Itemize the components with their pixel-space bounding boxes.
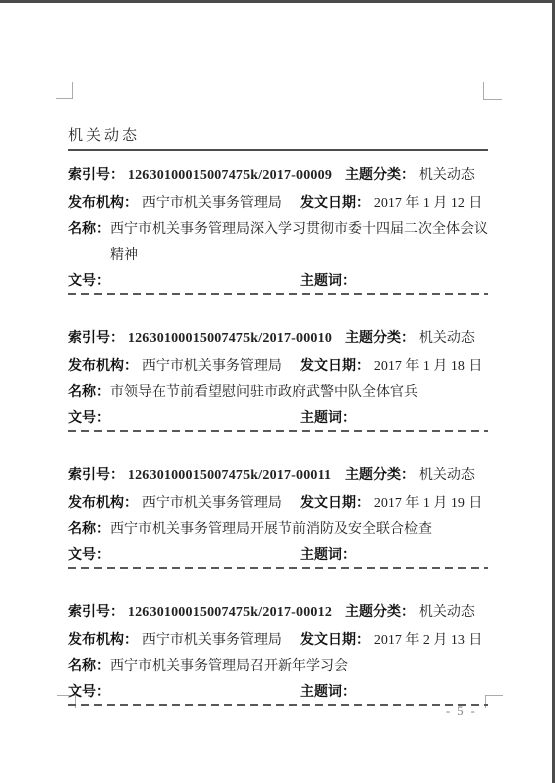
record-row-agency: 发布机构： 西宁市机关事务管理局 发文日期： 2017 年 1 月 18 日 [68,352,488,378]
date-group: 发文日期： 2017 年 1 月 19 日 [300,489,482,517]
record-item: 索引号： 12630100015007475k/2017-00012 主题分类：… [68,598,488,706]
name-label: 名称： [68,378,110,404]
record-row-docno: 文号： 主题词： [68,267,488,293]
crop-mark-top-right-horizontal [483,99,502,100]
agency-label: 发布机构： [68,494,138,510]
record-row-name: 名称： 西宁市机关事务管理局深入学习贯彻市委十四届二次全体会议精神 [68,215,488,267]
category-label: 主题分类： [345,603,415,619]
record-row-index: 索引号： 12630100015007475k/2017-00009 主题分类：… [68,161,488,189]
agency-label: 发布机构： [68,357,138,373]
date-value: 2017 年 1 月 19 日 [374,496,483,511]
name-value: 西宁市机关事务管理局深入学习贯彻市委十四届二次全体会议精神 [110,215,488,267]
crop-mark-top-right-vertical [483,82,484,99]
crop-mark-top-left-vertical [72,82,73,99]
doc-no-label: 文号： [68,409,110,425]
agency-label: 发布机构： [68,631,138,647]
index-label: 索引号： [68,603,124,619]
record-row-agency: 发布机构： 西宁市机关事务管理局 发文日期： 2017 年 1 月 12 日 [68,189,488,215]
date-label: 发文日期： [300,357,370,373]
crop-mark-top-left-horizontal [56,98,73,99]
name-value: 西宁市机关事务管理局召开新年学习会 [110,652,348,678]
keywords-group: 主题词： [300,678,356,704]
category-group: 主题分类： 机关动态 [345,324,475,350]
record-separator-dashed-line [68,567,488,569]
date-group: 发文日期： 2017 年 2 月 13 日 [300,626,482,654]
date-value: 2017 年 1 月 18 日 [374,359,483,374]
page-number: - 5 - [446,704,477,719]
keywords-group: 主题词： [300,267,356,293]
date-value: 2017 年 2 月 13 日 [374,633,483,648]
category-label: 主题分类： [345,166,415,182]
record-row-name: 名称： 西宁市机关事务管理局开展节前消防及安全联合检查 [68,515,488,541]
category-label: 主题分类： [345,329,415,345]
category-group: 主题分类： 机关动态 [345,461,475,487]
record-item: 索引号： 12630100015007475k/2017-00011 主题分类：… [68,461,488,569]
name-label: 名称： [68,215,110,241]
index-value: 12630100015007475k/2017-00010 [128,331,332,346]
doc-no-label: 文号： [68,546,110,562]
agency-value: 西宁市机关事务管理局 [142,194,282,210]
date-group: 发文日期： 2017 年 1 月 12 日 [300,189,482,217]
keywords-label: 主题词： [300,409,356,425]
record-separator-dashed-line [68,704,488,706]
record-row-name: 名称： 市领导在节前看望慰问驻市政府武警中队全体官兵 [68,378,488,404]
keywords-label: 主题词： [300,272,356,288]
record-row-index: 索引号： 12630100015007475k/2017-00011 主题分类：… [68,461,488,489]
category-group: 主题分类： 机关动态 [345,598,475,624]
category-value: 机关动态 [419,329,475,345]
category-value: 机关动态 [419,603,475,619]
document-page: 机关动态 索引号： 12630100015007475k/2017-00009 … [0,0,555,783]
index-value: 12630100015007475k/2017-00012 [128,605,332,620]
name-label: 名称： [68,652,110,678]
record-row-name: 名称： 西宁市机关事务管理局召开新年学习会 [68,652,488,678]
index-label: 索引号： [68,329,124,345]
record-separator-dashed-line [68,430,488,432]
index-value: 12630100015007475k/2017-00011 [128,468,331,483]
section-title: 机关动态 [68,126,488,151]
agency-value: 西宁市机关事务管理局 [142,357,282,373]
records-list: 索引号： 12630100015007475k/2017-00009 主题分类：… [68,161,488,706]
category-label: 主题分类： [345,466,415,482]
date-label: 发文日期： [300,494,370,510]
document-content: 机关动态 索引号： 12630100015007475k/2017-00009 … [68,126,488,735]
name-label: 名称： [68,515,110,541]
date-group: 发文日期： 2017 年 1 月 18 日 [300,352,482,380]
agency-value: 西宁市机关事务管理局 [142,631,282,647]
date-value: 2017 年 1 月 12 日 [374,196,483,211]
agency-value: 西宁市机关事务管理局 [142,494,282,510]
name-value: 西宁市机关事务管理局开展节前消防及安全联合检查 [110,515,432,541]
record-row-index: 索引号： 12630100015007475k/2017-00012 主题分类：… [68,598,488,626]
record-item: 索引号： 12630100015007475k/2017-00009 主题分类：… [68,161,488,295]
scan-top-edge [0,0,555,3]
record-item: 索引号： 12630100015007475k/2017-00010 主题分类：… [68,324,488,432]
keywords-label: 主题词： [300,683,356,699]
record-row-agency: 发布机构： 西宁市机关事务管理局 发文日期： 2017 年 1 月 19 日 [68,489,488,515]
keywords-group: 主题词： [300,541,356,567]
doc-no-label: 文号： [68,272,110,288]
keywords-group: 主题词： [300,404,356,430]
date-label: 发文日期： [300,631,370,647]
record-row-docno: 文号： 主题词： [68,541,488,567]
record-row-agency: 发布机构： 西宁市机关事务管理局 发文日期： 2017 年 2 月 13 日 [68,626,488,652]
index-label: 索引号： [68,166,124,182]
record-separator-dashed-line [68,293,488,295]
keywords-label: 主题词： [300,546,356,562]
date-label: 发文日期： [300,194,370,210]
name-value: 市领导在节前看望慰问驻市政府武警中队全体官兵 [110,378,418,404]
index-value: 12630100015007475k/2017-00009 [128,168,332,183]
doc-no-label: 文号： [68,683,110,699]
record-row-docno: 文号： 主题词： [68,404,488,430]
index-label: 索引号： [68,466,124,482]
agency-label: 发布机构： [68,194,138,210]
record-row-index: 索引号： 12630100015007475k/2017-00010 主题分类：… [68,324,488,352]
category-group: 主题分类： 机关动态 [345,161,475,187]
category-value: 机关动态 [419,466,475,482]
category-value: 机关动态 [419,166,475,182]
record-row-docno: 文号： 主题词： [68,678,488,704]
